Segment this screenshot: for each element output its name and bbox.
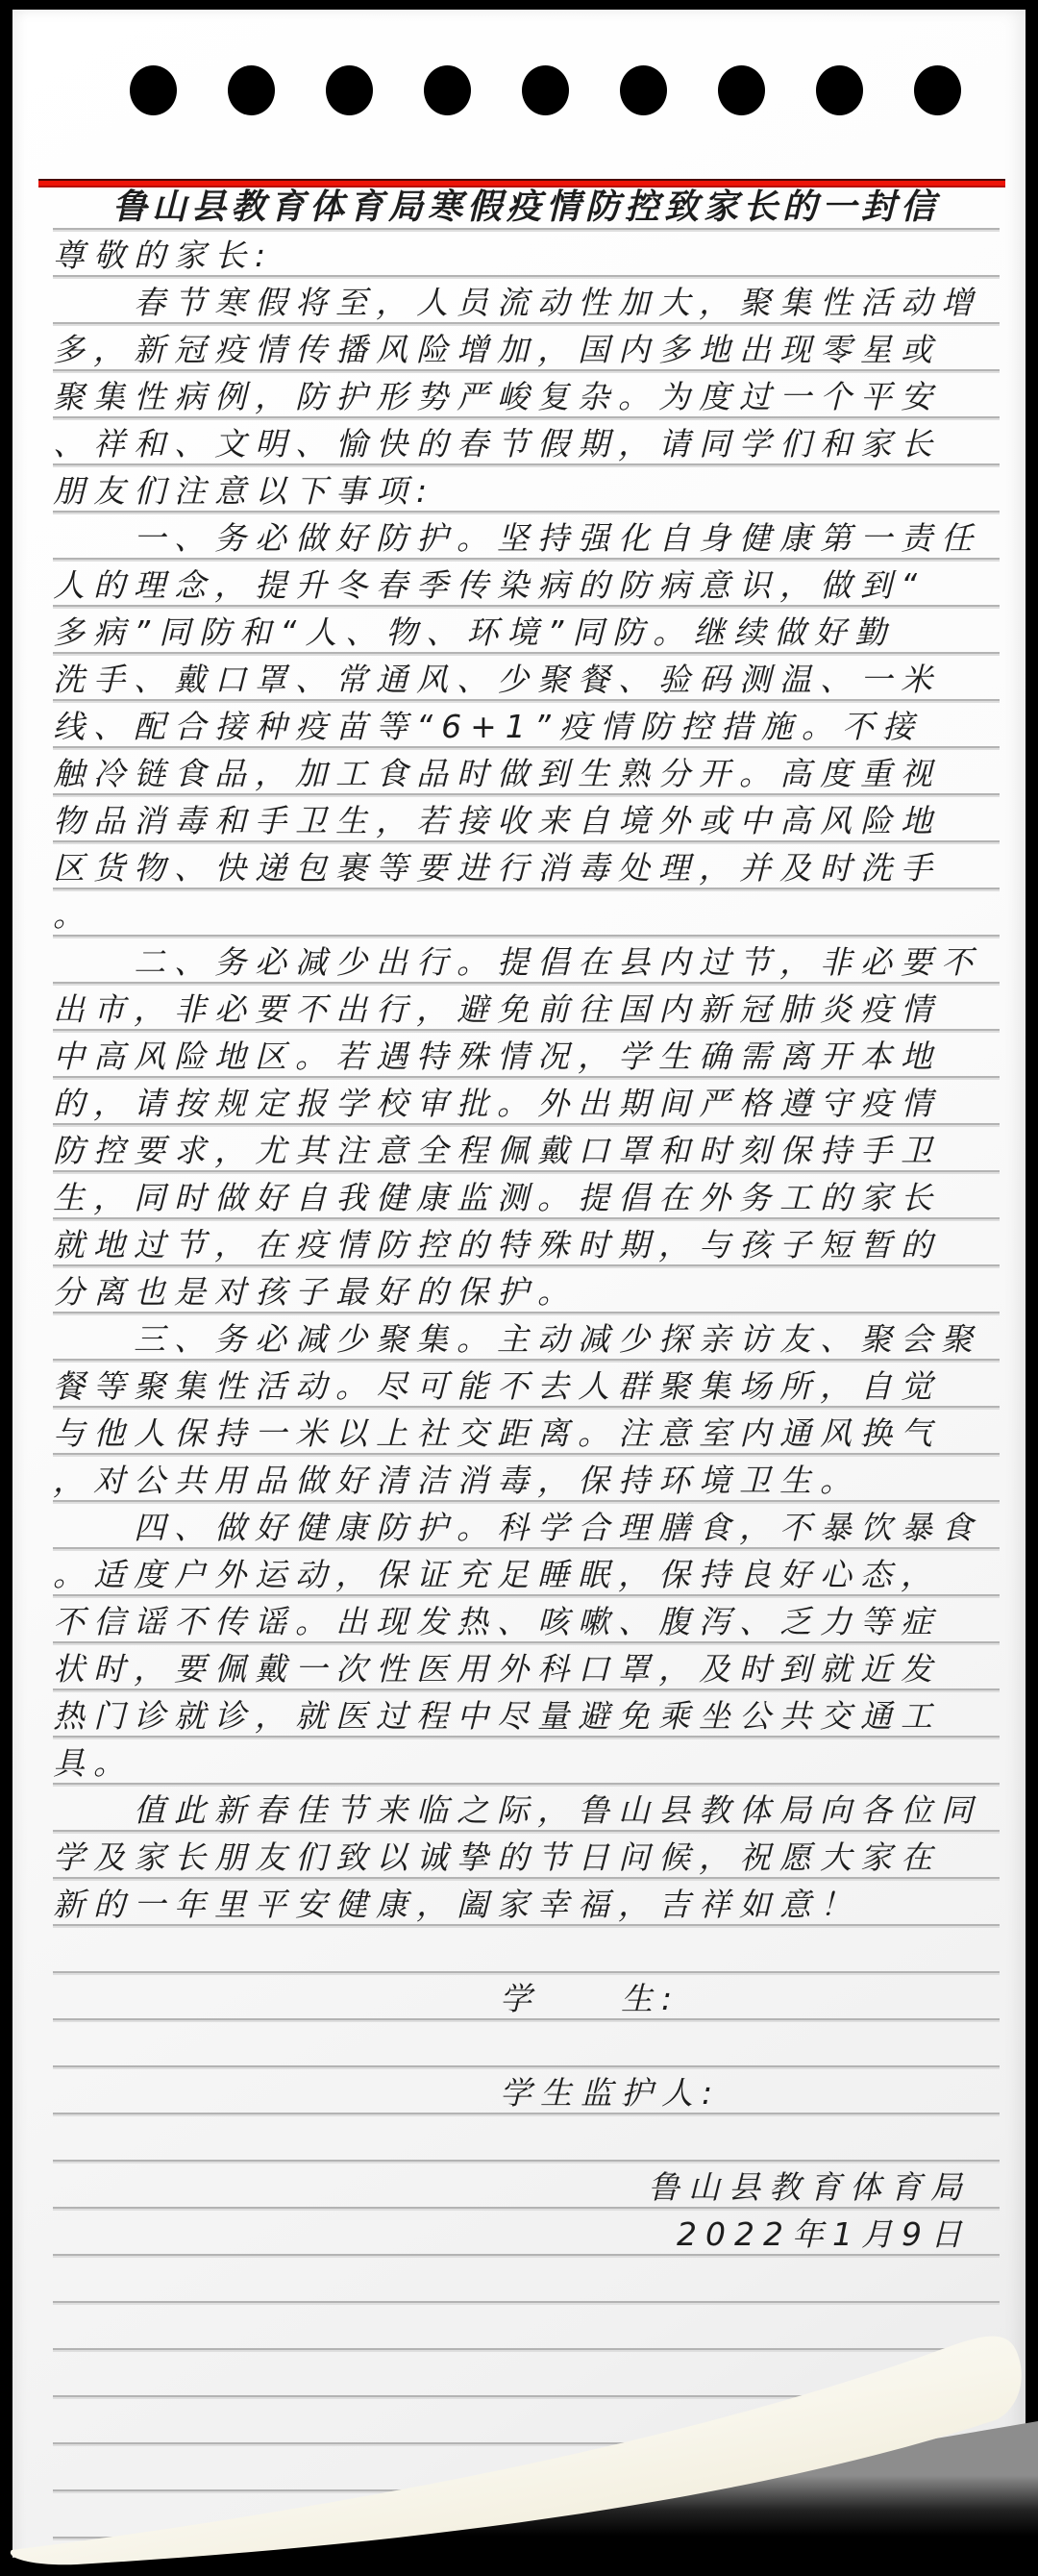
letter-line: 新的一年里平安健康，阖家幸福，吉祥如意！ bbox=[53, 1885, 1000, 1924]
issuer-signature: 鲁山县教育体育局 bbox=[53, 2167, 1000, 2207]
letter-line: 防控要求，尤其注意全程佩戴口罩和时刻保持手卫 bbox=[53, 1131, 1000, 1170]
letter-line: 与他人保持一米以上社交距离。注意室内通风换气 bbox=[53, 1413, 1000, 1453]
binder-hole-icon bbox=[816, 65, 863, 115]
student-signature-line: 学 生: bbox=[500, 1979, 1038, 2018]
letter-line: 多病”同防和“人、物、环境”同防。继续做好勤 bbox=[53, 613, 1000, 652]
letter-line: ，对公共用品做好清洁消毒，保持环境卫生。 bbox=[53, 1461, 1000, 1500]
letter-line: 的，请按规定报学校审批。外出期间严格遵守疫情 bbox=[53, 1084, 1000, 1123]
binder-holes-row bbox=[130, 65, 961, 115]
letter-line: 值此新春佳节来临之际，鲁山县教体局向各位同 bbox=[53, 1790, 1038, 1830]
letter-line: 。适度户外运动，保证充足睡眠，保持良好心态， bbox=[53, 1555, 1000, 1594]
letter-line: 尊敬的家长: bbox=[53, 236, 1000, 275]
binder-hole-icon bbox=[620, 65, 667, 115]
letter-line: 生，同时做好自我健康监测。提倡在外务工的家长 bbox=[53, 1178, 1000, 1217]
letter-line: 、祥和、文明、愉快的春节假期，请同学们和家长 bbox=[53, 424, 1000, 463]
binder-hole-icon bbox=[130, 65, 177, 115]
binder-hole-icon bbox=[718, 65, 765, 115]
letter-line: 物品消毒和手卫生，若接收来自境外或中高风险地 bbox=[53, 801, 1000, 840]
binder-hole-icon bbox=[424, 65, 471, 115]
binder-hole-icon bbox=[522, 65, 569, 115]
page-curl bbox=[0, 2269, 1038, 2576]
letter-line: 不信谣不传谣。出现发热、咳嗽、腹泻、乏力等症 bbox=[53, 1602, 1000, 1641]
letter-line: 热门诊就诊，就医过程中尽量避免乘坐公共交通工 bbox=[53, 1696, 1000, 1736]
letter-line: 分离也是对孩子最好的保护。 bbox=[53, 1272, 1000, 1312]
letter-line: 餐等聚集性活动。尽可能不去人群聚集场所，自觉 bbox=[53, 1366, 1000, 1406]
letter-line: 具。 bbox=[53, 1743, 1000, 1783]
letter-line: 中高风险地区。若遇特殊情况，学生确需离开本地 bbox=[53, 1037, 1000, 1076]
binder-hole-icon bbox=[228, 65, 275, 115]
letter-line: 人的理念，提升冬春季传染病的防病意识，做到“ bbox=[53, 565, 1000, 605]
letter-line: 一、务必做好防护。坚持强化自身健康第一责任 bbox=[53, 518, 1038, 558]
letter-line: 朋友们注意以下事项: bbox=[53, 471, 1000, 511]
letter-line: 四、做好健康防护。科学合理膳食，不暴饮暴食 bbox=[53, 1508, 1038, 1547]
binder-hole-icon bbox=[914, 65, 961, 115]
letter-line: 春节寒假将至，人员流动性加大，聚集性活动增 bbox=[53, 283, 1038, 322]
scanned-letter-page: 鲁山县教育体育局寒假疫情防控致家长的一封信 尊敬的家长:春节寒假将至，人员流动性… bbox=[0, 0, 1038, 2576]
issue-date: 2022年1月9日 bbox=[53, 2214, 1000, 2254]
letter-line: 多，新冠疫情传播风险增加，国内多地出现零星或 bbox=[53, 330, 1000, 369]
letter-line: 就地过节，在疫情防控的特殊时期，与孩子短暂的 bbox=[53, 1225, 1000, 1264]
letter-line: 三、务必减少聚集。主动减少探亲访友、聚会聚 bbox=[53, 1319, 1038, 1359]
letter-line: 聚集性病例，防护形势严峻复杂。为度过一个平安 bbox=[53, 377, 1000, 416]
binder-hole-icon bbox=[326, 65, 373, 115]
letter-title: 鲁山县教育体育局寒假疫情防控致家长的一封信 bbox=[53, 188, 1000, 228]
letter-line: 。 bbox=[53, 895, 1000, 935]
letter-line: 洗手、戴口罩、常通风、少聚餐、验码测温、一米 bbox=[53, 660, 1000, 699]
letter-line: 出市，非必要不出行，避免前往国内新冠肺炎疫情 bbox=[53, 989, 1000, 1029]
letter-line: 区货物、快递包裹等要进行消毒处理，并及时洗手 bbox=[53, 848, 1000, 888]
letter-line: 线、配合接种疫苗等“6+1”疫情防控措施。不接 bbox=[53, 707, 1000, 746]
letter-line: 状时，要佩戴一次性医用外科口罩，及时到就近发 bbox=[53, 1649, 1000, 1688]
letter-line: 二、务必减少出行。提倡在县内过节，非必要不 bbox=[53, 942, 1038, 982]
guardian-signature-line: 学生监护人: bbox=[500, 2073, 1038, 2113]
letter-line: 学及家长朋友们致以诚挚的节日问候，祝愿大家在 bbox=[53, 1838, 1000, 1877]
letter-line: 触冷链食品，加工食品时做到生熟分开。高度重视 bbox=[53, 754, 1000, 793]
